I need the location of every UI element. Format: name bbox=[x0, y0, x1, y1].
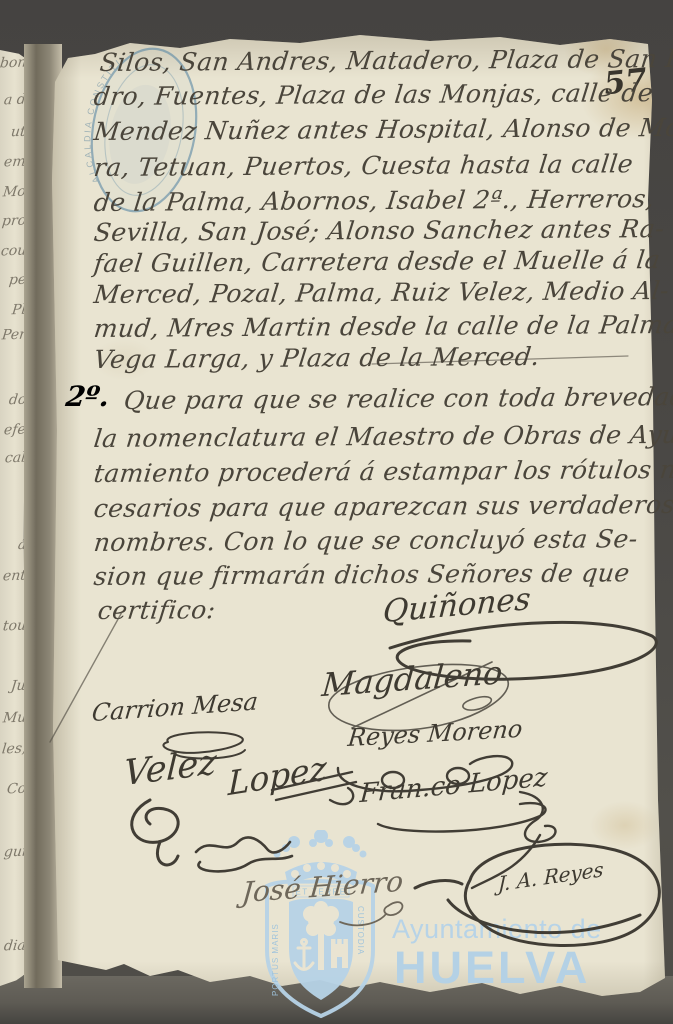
tower-icon bbox=[331, 939, 348, 968]
manuscript-line: mud, Mres Martin desde la calle de la Pa… bbox=[92, 310, 673, 343]
scanned-manuscript-page: bon a d ut em Mo pro cou pe Pl Per do ef… bbox=[0, 0, 673, 1024]
manuscript-line: ra, Tetuan, Puertos, Cuesta hasta la cal… bbox=[92, 149, 634, 182]
manuscript-line: nombres. Con lo que se concluyó esta Se- bbox=[92, 524, 639, 557]
manuscript-line: dro, Fuentes, Plaza de las Monjas, calle… bbox=[92, 78, 655, 111]
motto-left: PORTUS MARIS bbox=[271, 923, 280, 996]
motto-right: CUSTODIA bbox=[356, 906, 365, 955]
manuscript-line: sion que firmarán dichos Señores de que bbox=[92, 558, 631, 591]
manuscript-line: de la Palma, Abornos, Isabel 2ª., Herrer… bbox=[92, 184, 656, 217]
manuscript-line: la nomenclatura el Maestro de Obras de A… bbox=[92, 420, 673, 453]
manuscript-line: Vega Larga, y Plaza de la Merced. bbox=[92, 342, 541, 374]
manuscript-line: cesarios para que aparezcan sus verdader… bbox=[92, 490, 673, 523]
manuscript-line: certifico: bbox=[96, 595, 217, 625]
manuscript-line: Mendez Nuñez antes Hospital, Alonso de M… bbox=[92, 113, 673, 146]
section-number: 2º. bbox=[64, 380, 111, 413]
manuscript-line: Sevilla, San José; Alonso Sanchez antes … bbox=[92, 214, 666, 247]
manuscript-line: tamiento procederá á estampar los rótulo… bbox=[92, 455, 673, 488]
manuscript-line: Que para que se realice con toda breveda… bbox=[122, 382, 673, 415]
watermark-org-name: Ayuntamiento de bbox=[392, 914, 602, 945]
huelva-coat-of-arms: ET TERRE PORTUS MARIS CUSTODIA bbox=[259, 830, 379, 1024]
manuscript-line: Merced, Pozal, Palma, Ruiz Velez, Medio … bbox=[92, 276, 670, 309]
manuscript-line: fael Guillen, Carretera desde el Muelle … bbox=[92, 245, 662, 278]
manuscript-line: Silos, San Andres, Matadero, Plaza de Sa… bbox=[98, 44, 673, 77]
watermark-org-city: HUELVA bbox=[394, 942, 590, 994]
